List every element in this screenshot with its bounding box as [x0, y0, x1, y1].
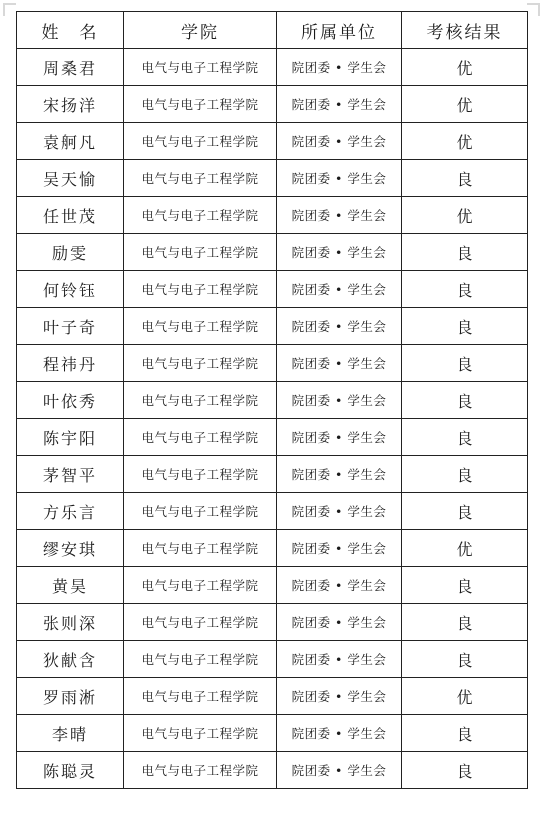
cell-college: 电气与电子工程学院	[124, 567, 277, 604]
cell-college: 电气与电子工程学院	[124, 234, 277, 271]
cell-name: 罗雨淅	[17, 678, 124, 715]
table-row: 茅智平电气与电子工程学院院团委 • 学生会良	[17, 456, 528, 493]
cell-college: 电气与电子工程学院	[124, 123, 277, 160]
cell-result: 良	[402, 419, 528, 456]
header-cell-name: 姓 名	[17, 12, 124, 49]
cell-unit: 院团委 • 学生会	[277, 604, 402, 641]
cell-result: 良	[402, 382, 528, 419]
cell-name: 叶依秀	[17, 382, 124, 419]
cell-name: 吴天愉	[17, 160, 124, 197]
assessment-table-container: 姓 名 学院 所属单位 考核结果 周桑君电气与电子工程学院院团委 • 学生会优宋…	[16, 11, 528, 789]
cell-college: 电气与电子工程学院	[124, 271, 277, 308]
cell-unit: 院团委 • 学生会	[277, 493, 402, 530]
cell-result: 优	[402, 530, 528, 567]
cell-result: 良	[402, 456, 528, 493]
cell-result: 良	[402, 604, 528, 641]
cell-unit: 院团委 • 学生会	[277, 752, 402, 789]
cell-unit: 院团委 • 学生会	[277, 86, 402, 123]
table-row: 狄献含电气与电子工程学院院团委 • 学生会良	[17, 641, 528, 678]
cell-college: 电气与电子工程学院	[124, 49, 277, 86]
header-cell-unit: 所属单位	[277, 12, 402, 49]
cell-unit: 院团委 • 学生会	[277, 530, 402, 567]
cell-result: 优	[402, 678, 528, 715]
cell-name: 陈宇阳	[17, 419, 124, 456]
cell-unit: 院团委 • 学生会	[277, 641, 402, 678]
cell-college: 电气与电子工程学院	[124, 752, 277, 789]
cell-unit: 院团委 • 学生会	[277, 567, 402, 604]
cell-college: 电气与电子工程学院	[124, 678, 277, 715]
cell-college: 电气与电子工程学院	[124, 493, 277, 530]
cell-unit: 院团委 • 学生会	[277, 345, 402, 382]
table-row: 吴天愉电气与电子工程学院院团委 • 学生会良	[17, 160, 528, 197]
cell-name: 狄献含	[17, 641, 124, 678]
cell-result: 良	[402, 234, 528, 271]
cell-college: 电气与电子工程学院	[124, 308, 277, 345]
cell-name: 方乐言	[17, 493, 124, 530]
cell-college: 电气与电子工程学院	[124, 345, 277, 382]
page-corner-mark-top-left	[3, 3, 16, 16]
cell-college: 电气与电子工程学院	[124, 530, 277, 567]
table-row: 缪安琪电气与电子工程学院院团委 • 学生会优	[17, 530, 528, 567]
cell-result: 优	[402, 123, 528, 160]
cell-result: 优	[402, 49, 528, 86]
cell-college: 电气与电子工程学院	[124, 604, 277, 641]
cell-college: 电气与电子工程学院	[124, 160, 277, 197]
table-row: 张则深电气与电子工程学院院团委 • 学生会良	[17, 604, 528, 641]
cell-name: 张则深	[17, 604, 124, 641]
header-cell-college: 学院	[124, 12, 277, 49]
table-row: 周桑君电气与电子工程学院院团委 • 学生会优	[17, 49, 528, 86]
cell-name: 励雯	[17, 234, 124, 271]
cell-unit: 院团委 • 学生会	[277, 382, 402, 419]
cell-name: 袁舸凡	[17, 123, 124, 160]
cell-unit: 院团委 • 学生会	[277, 197, 402, 234]
table-row: 叶依秀电气与电子工程学院院团委 • 学生会良	[17, 382, 528, 419]
cell-college: 电气与电子工程学院	[124, 419, 277, 456]
header-cell-result: 考核结果	[402, 12, 528, 49]
cell-result: 良	[402, 308, 528, 345]
cell-result: 优	[402, 86, 528, 123]
table-row: 宋扬洋电气与电子工程学院院团委 • 学生会优	[17, 86, 528, 123]
cell-name: 李晴	[17, 715, 124, 752]
cell-unit: 院团委 • 学生会	[277, 419, 402, 456]
cell-result: 良	[402, 752, 528, 789]
assessment-table: 姓 名 学院 所属单位 考核结果 周桑君电气与电子工程学院院团委 • 学生会优宋…	[16, 11, 528, 789]
cell-unit: 院团委 • 学生会	[277, 160, 402, 197]
cell-name: 任世茂	[17, 197, 124, 234]
cell-unit: 院团委 • 学生会	[277, 308, 402, 345]
table-row: 黄昊电气与电子工程学院院团委 • 学生会良	[17, 567, 528, 604]
table-body: 周桑君电气与电子工程学院院团委 • 学生会优宋扬洋电气与电子工程学院院团委 • …	[17, 49, 528, 789]
cell-result: 良	[402, 567, 528, 604]
table-row: 陈宇阳电气与电子工程学院院团委 • 学生会良	[17, 419, 528, 456]
cell-name: 何铃钰	[17, 271, 124, 308]
cell-unit: 院团委 • 学生会	[277, 123, 402, 160]
cell-name: 叶子奇	[17, 308, 124, 345]
table-row: 陈聪灵电气与电子工程学院院团委 • 学生会良	[17, 752, 528, 789]
cell-college: 电气与电子工程学院	[124, 382, 277, 419]
cell-name: 陈聪灵	[17, 752, 124, 789]
cell-name: 周桑君	[17, 49, 124, 86]
cell-result: 良	[402, 715, 528, 752]
cell-name: 茅智平	[17, 456, 124, 493]
cell-result: 良	[402, 641, 528, 678]
cell-unit: 院团委 • 学生会	[277, 271, 402, 308]
cell-unit: 院团委 • 学生会	[277, 456, 402, 493]
table-row: 袁舸凡电气与电子工程学院院团委 • 学生会优	[17, 123, 528, 160]
table-row: 励雯电气与电子工程学院院团委 • 学生会良	[17, 234, 528, 271]
table-row: 李晴电气与电子工程学院院团委 • 学生会良	[17, 715, 528, 752]
cell-college: 电气与电子工程学院	[124, 86, 277, 123]
cell-name: 宋扬洋	[17, 86, 124, 123]
cell-name: 程祎丹	[17, 345, 124, 382]
cell-name: 缪安琪	[17, 530, 124, 567]
table-row: 何铃钰电气与电子工程学院院团委 • 学生会良	[17, 271, 528, 308]
cell-result: 良	[402, 345, 528, 382]
cell-result: 良	[402, 160, 528, 197]
cell-result: 良	[402, 493, 528, 530]
cell-name: 黄昊	[17, 567, 124, 604]
table-row: 罗雨淅电气与电子工程学院院团委 • 学生会优	[17, 678, 528, 715]
cell-college: 电气与电子工程学院	[124, 641, 277, 678]
cell-unit: 院团委 • 学生会	[277, 715, 402, 752]
cell-result: 优	[402, 197, 528, 234]
header-row: 姓 名 学院 所属单位 考核结果	[17, 12, 528, 49]
cell-unit: 院团委 • 学生会	[277, 49, 402, 86]
table-row: 方乐言电气与电子工程学院院团委 • 学生会良	[17, 493, 528, 530]
cell-unit: 院团委 • 学生会	[277, 678, 402, 715]
cell-college: 电气与电子工程学院	[124, 456, 277, 493]
cell-college: 电气与电子工程学院	[124, 715, 277, 752]
cell-unit: 院团委 • 学生会	[277, 234, 402, 271]
table-row: 程祎丹电气与电子工程学院院团委 • 学生会良	[17, 345, 528, 382]
cell-result: 良	[402, 271, 528, 308]
cell-college: 电气与电子工程学院	[124, 197, 277, 234]
table-row: 叶子奇电气与电子工程学院院团委 • 学生会良	[17, 308, 528, 345]
page-corner-mark-top-right	[527, 3, 540, 16]
table-row: 任世茂电气与电子工程学院院团委 • 学生会优	[17, 197, 528, 234]
